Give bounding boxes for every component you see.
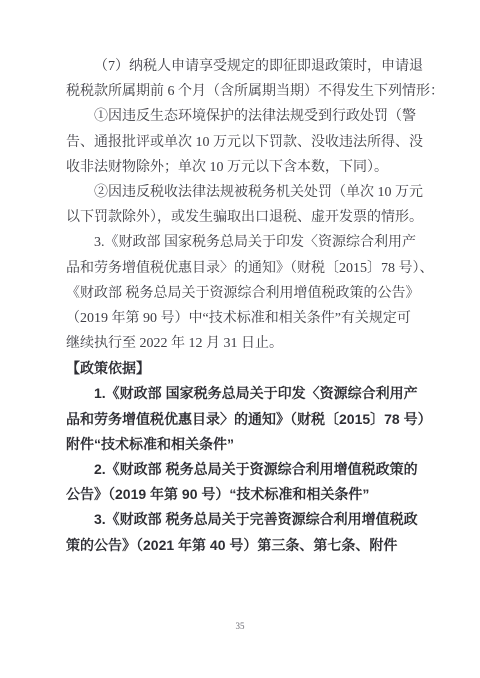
text-line: ②因违反税收法律法规被税务机关处罚（单次 10 万元	[66, 180, 418, 205]
text-line: 3.《财政部 税务总局关于完善资源综合利用增值税政	[66, 507, 418, 532]
text-line: 品和劳务增值税优惠目录〉的通知》（财税〔2015〕78 号）、	[66, 256, 418, 281]
text-line: 收非法财物除外；单次 10 万元以下含本数，下同）。	[66, 155, 418, 180]
text-line: 以下罚款除外），或发生骗取出口退税、虚开发票的情形。	[66, 205, 418, 230]
text-line: 1.《财政部 国家税务总局关于印发〈资源综合利用产	[66, 381, 418, 406]
page-number: 35	[0, 620, 480, 632]
text-line: （2019 年第 90 号）中“技术标准和相关条件”有关规定可	[66, 306, 418, 331]
text-line: 3.《财政部 国家税务总局关于印发〈资源综合利用产	[66, 230, 418, 255]
text-line: 附件“技术标准和相关条件”	[66, 432, 418, 457]
text-line: ①因违反生态环境保护的法律法规受到行政处罚（警	[66, 104, 418, 129]
text-line: （7）纳税人申请享受规定的即征即退政策时，申请退	[66, 54, 418, 79]
text-line: 【政策依据】	[66, 356, 418, 381]
text-line: 《财政部 税务总局关于资源综合利用增值税政策的公告》	[66, 281, 418, 306]
text-line: 2.《财政部 税务总局关于资源综合利用增值税政策的	[66, 457, 418, 482]
text-line: 税税款所属期前 6 个月（含所属期当期）不得发生下列情形：	[66, 79, 418, 104]
text-line: 继续执行至 2022 年 12 月 31 日止。	[66, 331, 418, 356]
document-page: （7）纳税人申请享受规定的即征即退政策时，申请退税税款所属期前 6 个月（含所属…	[0, 0, 480, 678]
text-line: 公告》（2019 年第 90 号）“技术标准和相关条件”	[66, 482, 418, 507]
text-line: 品和劳务增值税优惠目录〉的通知》（财税〔2015〕78 号）	[66, 407, 418, 432]
text-line: 告、通报批评或单次 10 万元以下罚款、没收违法所得、没	[66, 130, 418, 155]
document-body: （7）纳税人申请享受规定的即征即退政策时，申请退税税款所属期前 6 个月（含所属…	[66, 54, 418, 558]
text-line: 策的公告》（2021 年第 40 号）第三条、第七条、附件	[66, 533, 418, 558]
